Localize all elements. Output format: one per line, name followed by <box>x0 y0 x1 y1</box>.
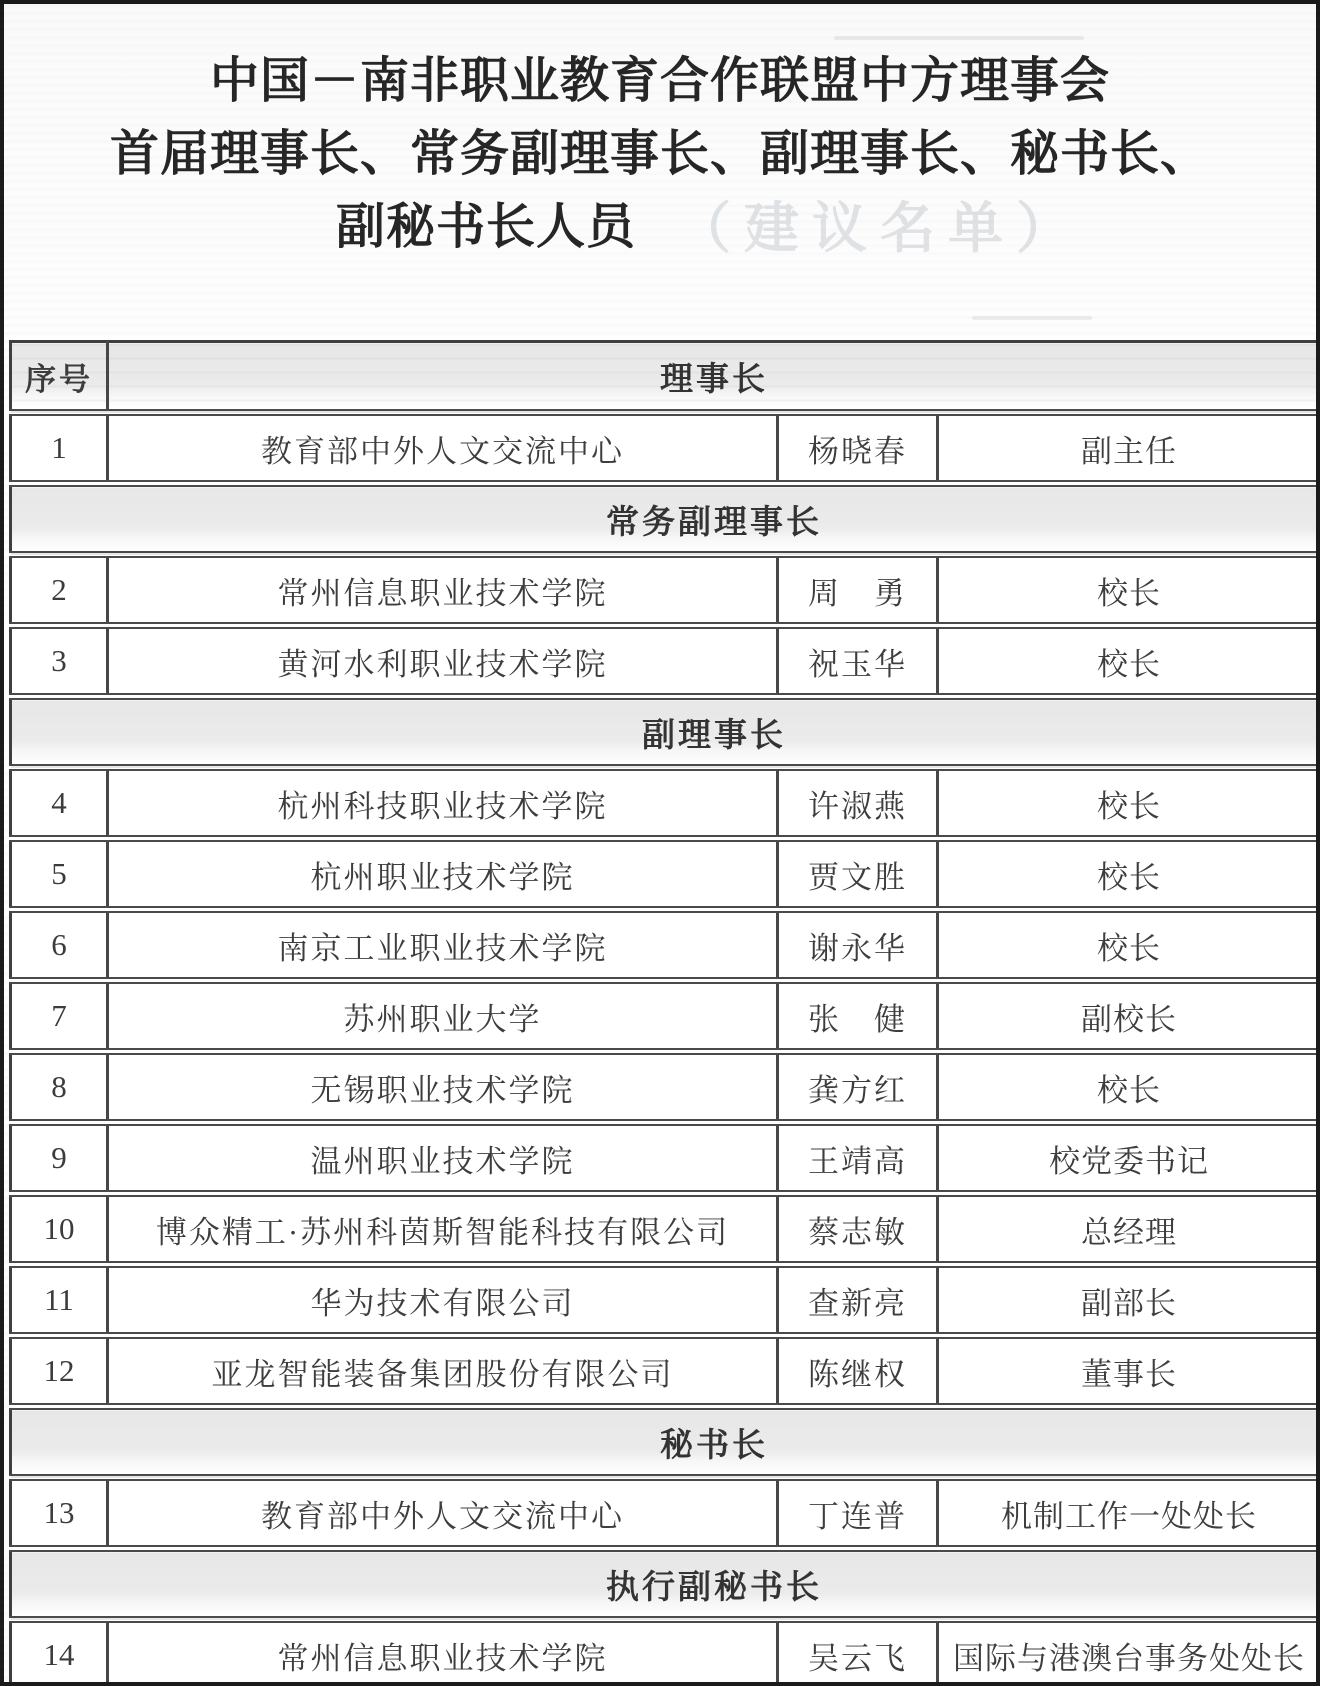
title-cell: 校长 <box>938 910 1320 981</box>
title-line-1: 中国－南非职业教育合作联盟中方理事会 <box>4 44 1316 117</box>
org-cell: 苏州职业大学 <box>108 981 778 1052</box>
org-cell: 南京工业职业技术学院 <box>108 910 778 981</box>
name-cell: 谢永华 <box>778 910 938 981</box>
section-row: 执行副秘书长 <box>11 1549 1320 1620</box>
name-cell: 许淑燕 <box>778 768 938 839</box>
title-cell: 校长 <box>938 768 1320 839</box>
title-cell: 副主任 <box>938 413 1320 484</box>
table-row: 14 常州信息职业技术学院 吴云飞 国际与港澳台事务处处长 <box>11 1620 1320 1686</box>
title-line-3-text: 副秘书长人员 <box>336 199 636 254</box>
org-cell: 博众精工·苏州科茵斯智能科技有限公司 <box>108 1194 778 1265</box>
name-cell: 祝玉华 <box>778 626 938 697</box>
org-cell: 常州信息职业技术学院 <box>108 1620 778 1686</box>
title-cell: 校长 <box>938 839 1320 910</box>
section-header-chairman: 理事长 <box>108 342 1320 413</box>
name-cell: 蔡志敏 <box>778 1194 938 1265</box>
name-cell: 查新亮 <box>778 1265 938 1336</box>
table-row: 8 无锡职业技术学院 龚方红 校长 <box>11 1052 1320 1123</box>
scan-artifact <box>972 316 1092 320</box>
org-cell: 杭州科技职业技术学院 <box>108 768 778 839</box>
name-cell: 龚方红 <box>778 1052 938 1123</box>
section-row: 常务副理事长 <box>11 484 1320 555</box>
title-line-2: 首届理事长、常务副理事长、副理事长、秘书长、 <box>4 117 1316 190</box>
name-cell: 吴云飞 <box>778 1620 938 1686</box>
org-cell: 温州职业技术学院 <box>108 1123 778 1194</box>
org-cell: 常州信息职业技术学院 <box>108 555 778 626</box>
row-number-cell: 3 <box>11 626 108 697</box>
title-cell: 国际与港澳台事务处处长 <box>938 1620 1320 1686</box>
section-row: 秘书长 <box>11 1407 1320 1478</box>
title-cell: 校党委书记 <box>938 1123 1320 1194</box>
table-row: 9 温州职业技术学院 王靖高 校党委书记 <box>11 1123 1320 1194</box>
name-cell: 张 健 <box>778 981 938 1052</box>
table-row: 5 杭州职业技术学院 贾文胜 校长 <box>11 839 1320 910</box>
table-row: 1 教育部中外人文交流中心 杨晓春 副主任 <box>11 413 1320 484</box>
table-row: 6 南京工业职业技术学院 谢永华 校长 <box>11 910 1320 981</box>
name-cell: 贾文胜 <box>778 839 938 910</box>
name-cell: 王靖高 <box>778 1123 938 1194</box>
row-number-cell: 6 <box>11 910 108 981</box>
name-cell: 周 勇 <box>778 555 938 626</box>
roster-table-body: 序号 理事长 1 教育部中外人文交流中心 杨晓春 副主任 常务副理事长 2 常州… <box>11 342 1320 1686</box>
table-row: 2 常州信息职业技术学院 周 勇 校长 <box>11 555 1320 626</box>
title-line-3: 副秘书长人员（建议名单） <box>4 190 1316 265</box>
document-title: 中国－南非职业教育合作联盟中方理事会 首届理事长、常务副理事长、副理事长、秘书长… <box>4 4 1316 265</box>
org-cell: 黄河水利职业技术学院 <box>108 626 778 697</box>
title-cell: 总经理 <box>938 1194 1320 1265</box>
row-number-cell: 7 <box>11 981 108 1052</box>
scanned-document-page: 中国－南非职业教育合作联盟中方理事会 首届理事长、常务副理事长、副理事长、秘书长… <box>0 0 1320 1686</box>
section-header-executive-vice-chairman: 常务副理事长 <box>11 484 1320 555</box>
table-row: 3 黄河水利职业技术学院 祝玉华 校长 <box>11 626 1320 697</box>
section-header-executive-deputy-secretary-general: 执行副秘书长 <box>11 1549 1320 1620</box>
table-row: 10 博众精工·苏州科茵斯智能科技有限公司 蔡志敏 总经理 <box>11 1194 1320 1265</box>
title-cell: 副校长 <box>938 981 1320 1052</box>
row-number-cell: 8 <box>11 1052 108 1123</box>
title-cell: 校长 <box>938 626 1320 697</box>
title-cell: 校长 <box>938 555 1320 626</box>
column-header-number: 序号 <box>11 342 108 413</box>
row-number-cell: 11 <box>11 1265 108 1336</box>
name-cell: 丁连普 <box>778 1478 938 1549</box>
name-cell: 陈继权 <box>778 1336 938 1407</box>
row-number-cell: 14 <box>11 1620 108 1686</box>
org-cell: 无锡职业技术学院 <box>108 1052 778 1123</box>
name-cell: 杨晓春 <box>778 413 938 484</box>
section-header-vice-chairman: 副理事长 <box>11 697 1320 768</box>
faded-stamp-text: （建议名单） <box>676 192 1084 265</box>
org-cell: 教育部中外人文交流中心 <box>108 1478 778 1549</box>
table-row: 4 杭州科技职业技术学院 许淑燕 校长 <box>11 768 1320 839</box>
title-cell: 机制工作一处处长 <box>938 1478 1320 1549</box>
row-number-cell: 12 <box>11 1336 108 1407</box>
org-cell: 华为技术有限公司 <box>108 1265 778 1336</box>
title-cell: 校长 <box>938 1052 1320 1123</box>
roster-table: 序号 理事长 1 教育部中外人文交流中心 杨晓春 副主任 常务副理事长 2 常州… <box>9 340 1320 1686</box>
row-number-cell: 2 <box>11 555 108 626</box>
table-row: 11 华为技术有限公司 查新亮 副部长 <box>11 1265 1320 1336</box>
row-number-cell: 1 <box>11 413 108 484</box>
row-number-cell: 9 <box>11 1123 108 1194</box>
section-header-secretary-general: 秘书长 <box>11 1407 1320 1478</box>
org-cell: 杭州职业技术学院 <box>108 839 778 910</box>
row-number-cell: 10 <box>11 1194 108 1265</box>
org-cell: 教育部中外人文交流中心 <box>108 413 778 484</box>
title-cell: 董事长 <box>938 1336 1320 1407</box>
table-row: 7 苏州职业大学 张 健 副校长 <box>11 981 1320 1052</box>
row-number-cell: 5 <box>11 839 108 910</box>
title-cell: 副部长 <box>938 1265 1320 1336</box>
org-cell: 亚龙智能装备集团股份有限公司 <box>108 1336 778 1407</box>
table-header-row: 序号 理事长 <box>11 342 1320 413</box>
table-row: 13 教育部中外人文交流中心 丁连普 机制工作一处处长 <box>11 1478 1320 1549</box>
row-number-cell: 4 <box>11 768 108 839</box>
table-row: 12 亚龙智能装备集团股份有限公司 陈继权 董事长 <box>11 1336 1320 1407</box>
row-number-cell: 13 <box>11 1478 108 1549</box>
section-row: 副理事长 <box>11 697 1320 768</box>
